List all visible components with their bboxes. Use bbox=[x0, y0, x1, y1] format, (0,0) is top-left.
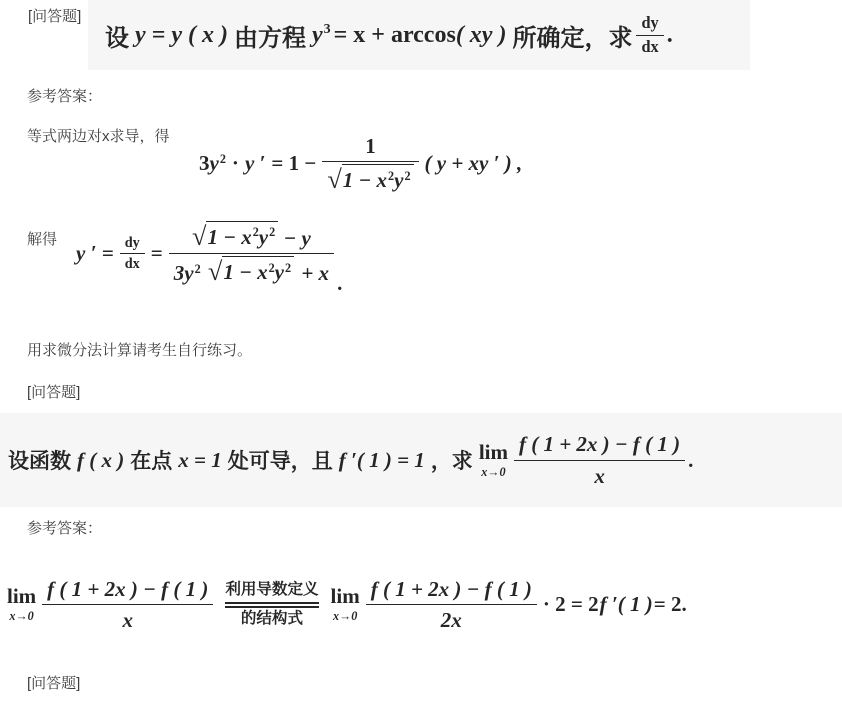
question1-formula-image: 设 y = y ( x ) 由方程 y3 = x + arccos ( xy )… bbox=[88, 0, 750, 70]
q1-math-arccos: arccos bbox=[391, 22, 456, 49]
question-label-1: [问答题] bbox=[28, 5, 81, 26]
answer1-label: 参考答案： bbox=[27, 85, 102, 106]
a1f1-fraction: 1 √ 1 − x2y2 bbox=[322, 133, 418, 195]
answer1-step2-text: 解得 bbox=[27, 228, 57, 249]
a1f1-equals-one-minus: = 1 − bbox=[271, 151, 316, 176]
a2-equals-two: = 2. bbox=[654, 592, 687, 617]
q2-period: . bbox=[688, 448, 693, 473]
sqrt-radical: √ 1 − x2y2 bbox=[327, 164, 413, 193]
q2-text-find: ，求 bbox=[431, 445, 473, 475]
answer1-formula-solution: y ′ = dy dx = √ 1 − x2y2 − y 3y2 √ 1 − x… bbox=[73, 211, 345, 296]
question-label-3: [问答题] bbox=[27, 672, 80, 693]
radical-sign-icon: √ bbox=[192, 224, 206, 250]
answer1-step1-text: 等式两边对x求导，得 bbox=[27, 125, 170, 146]
a2-annotation-bottom: 的结构式 bbox=[241, 610, 303, 629]
q1-math-equals-x-plus: = x + bbox=[334, 22, 385, 49]
q2-text-at-point: 在点 bbox=[130, 445, 172, 475]
q1-frac-dy-dx: dy dx bbox=[636, 14, 663, 57]
radical-sign-icon: √ bbox=[208, 259, 222, 285]
q1-math-y-of-x: y = y ( x ) bbox=[135, 22, 228, 49]
a2-f-prime-1: f ′( 1 ) bbox=[600, 592, 653, 617]
q1-math-xy-arg: ( xy ) bbox=[456, 22, 507, 49]
a1f1-y-prime: y ′ bbox=[245, 151, 265, 176]
a1f2-equals: = bbox=[151, 241, 163, 266]
answer1-formula-derivative-equation: 3 y2 · y ′ = 1 − 1 √ 1 − x2y2 ( y + xy ′… bbox=[196, 127, 525, 200]
a1f2-y-prime-eq: y ′ = bbox=[76, 241, 114, 266]
sqrt-radical: √ 1 − x2y2 bbox=[192, 221, 278, 250]
a2-limit-1: lim x→0 bbox=[7, 586, 36, 622]
q1-text-given: 设 bbox=[105, 18, 129, 53]
answer2-formula: lim x→0 f ( 1 + 2x ) − f ( 1 ) x 利用导数定义 … bbox=[4, 561, 690, 648]
radical-sign-icon: √ bbox=[327, 167, 341, 193]
a1f2-period: . bbox=[337, 271, 342, 296]
a2-fraction-1: f ( 1 + 2x ) − f ( 1 ) x bbox=[42, 576, 213, 634]
a1f1-cdot: · bbox=[232, 151, 239, 176]
a2-limit-2: lim x→0 bbox=[331, 586, 360, 622]
answer1-note-text: 用求微分法计算请考生自行练习。 bbox=[27, 339, 252, 360]
q2-text-given-function: 设函数 bbox=[8, 445, 71, 475]
a1f2-big-fraction: √ 1 − x2y2 − y 3y2 √ 1 − x2y2 + x bbox=[169, 221, 334, 287]
q1-text-by-equation: 由方程 bbox=[234, 18, 306, 53]
q2-fraction: f ( 1 + 2x ) − f ( 1 ) x bbox=[514, 431, 685, 489]
exam-document-page: [问答题] 设 y = y ( x ) 由方程 y3 = x + arccos … bbox=[0, 0, 842, 702]
q1-period: . bbox=[667, 22, 673, 49]
question-label-2: [问答题] bbox=[27, 381, 80, 402]
q1-text-determined-find: 所确定，求 bbox=[512, 18, 632, 53]
double-equals-line-icon bbox=[225, 602, 318, 608]
q2-text-differentiable-and: 处可导，且 bbox=[228, 445, 333, 475]
q2-limit: lim x→0 bbox=[479, 442, 508, 478]
a2-times-two: · 2 = 2 bbox=[543, 592, 599, 617]
a2-annotation-top: 利用导数定义 bbox=[225, 581, 318, 600]
q2-math-x-equals-1: x = 1 bbox=[178, 448, 221, 473]
a1f1-tail: ( y + xy ′ ) , bbox=[425, 151, 523, 176]
a1f1-coef: 3 bbox=[199, 151, 210, 176]
sqrt-radical: √ 1 − x2y2 bbox=[208, 256, 294, 285]
q2-math-f-of-x: f ( x ) bbox=[77, 448, 124, 473]
a1f2-frac-dy-dx: dy dx bbox=[120, 235, 145, 273]
a2-fraction-2: f ( 1 + 2x ) − f ( 1 ) 2x bbox=[366, 576, 537, 634]
a1f1-y-squared: y2 bbox=[210, 151, 226, 176]
answer2-label: 参考答案： bbox=[27, 517, 102, 538]
q2-math-f-prime-1: f ′( 1 ) = 1 bbox=[339, 448, 425, 473]
q1-math-y-cubed: y3 bbox=[312, 22, 331, 49]
question2-formula-image: 设函数 f ( x ) 在点 x = 1 处可导，且 f ′( 1 ) = 1 … bbox=[0, 413, 842, 507]
a2-annotated-equals: 利用导数定义 的结构式 bbox=[225, 581, 318, 628]
